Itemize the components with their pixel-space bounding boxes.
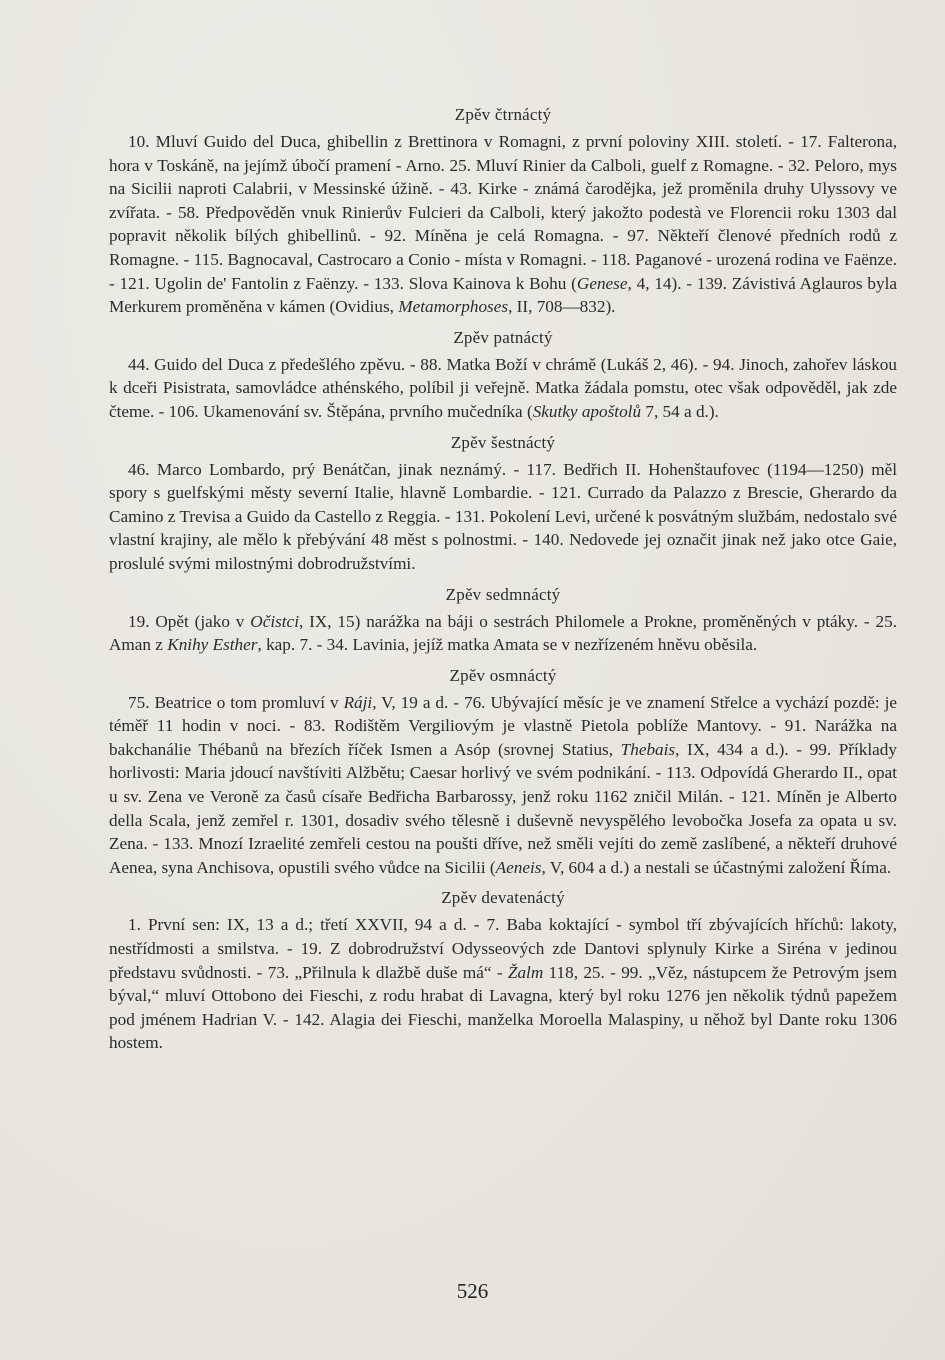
text-run: 75. Beatrice o tom promluví v bbox=[128, 693, 344, 712]
page-content: Zpěv čtrnáctý 10. Mluví Guido del Duca, … bbox=[109, 104, 897, 1063]
section-canto-17: Zpěv sedmnáctý 19. Opět (jako v Očistci,… bbox=[109, 584, 897, 657]
text-run: , IX, 434 a d.). - 99. Příklady horlivos… bbox=[109, 740, 897, 877]
text-run: 44. Guido del Duca z předešlého zpěvu. -… bbox=[109, 355, 897, 421]
text-run: 46. Marco Lombardo, prý Benátčan, jinak … bbox=[109, 460, 897, 573]
section-title: Zpěv devatenáctý bbox=[109, 887, 897, 909]
italic-title: Skutky apoštolů bbox=[533, 402, 641, 421]
section-canto-15: Zpěv patnáctý 44. Guido del Duca z přede… bbox=[109, 327, 897, 424]
commentary-paragraph: 44. Guido del Duca z předešlého zpěvu. -… bbox=[109, 353, 897, 424]
commentary-paragraph: 75. Beatrice o tom promluví v Ráji, V, 1… bbox=[109, 691, 897, 880]
italic-title: Očistci bbox=[250, 612, 299, 631]
italic-title: Knihy Esther bbox=[167, 635, 257, 654]
italic-title: Ráji bbox=[344, 693, 373, 712]
text-run: 19. Opět (jako v bbox=[128, 612, 250, 631]
text-run: 7, 54 a d.). bbox=[641, 402, 719, 421]
italic-title: Genese bbox=[577, 274, 628, 293]
section-canto-16: Zpěv šestnáctý 46. Marco Lombardo, prý B… bbox=[109, 432, 897, 576]
commentary-paragraph: 19. Opět (jako v Očistci, IX, 15) narážk… bbox=[109, 610, 897, 657]
section-title: Zpěv šestnáctý bbox=[109, 432, 897, 454]
page-number: 526 bbox=[0, 1279, 945, 1304]
commentary-paragraph: 10. Mluví Guido del Duca, ghibellin z Br… bbox=[109, 130, 897, 319]
section-title: Zpěv osmnáctý bbox=[109, 665, 897, 687]
section-title: Zpěv patnáctý bbox=[109, 327, 897, 349]
italic-title: Aeneis bbox=[496, 858, 542, 877]
italic-title: Žalm bbox=[508, 963, 543, 982]
italic-title: Thebais bbox=[621, 740, 675, 759]
text-run: , V, 604 a d.) a nestali se účastnými za… bbox=[541, 858, 891, 877]
commentary-paragraph: 46. Marco Lombardo, prý Benátčan, jinak … bbox=[109, 458, 897, 576]
italic-title: Metamorphoses bbox=[398, 297, 508, 316]
section-title: Zpěv čtrnáctý bbox=[109, 104, 897, 126]
section-canto-19: Zpěv devatenáctý 1. První sen: IX, 13 a … bbox=[109, 887, 897, 1055]
text-run: , II, 708—832). bbox=[508, 297, 615, 316]
section-canto-18: Zpěv osmnáctý 75. Beatrice o tom promluv… bbox=[109, 665, 897, 880]
text-run: 10. Mluví Guido del Duca, ghibellin z Br… bbox=[109, 132, 897, 293]
text-run: , kap. 7. - 34. Lavinia, jejíž matka Ama… bbox=[257, 635, 757, 654]
section-title: Zpěv sedmnáctý bbox=[109, 584, 897, 606]
commentary-paragraph: 1. První sen: IX, 13 a d.; třetí XXVII, … bbox=[109, 913, 897, 1055]
section-canto-14: Zpěv čtrnáctý 10. Mluví Guido del Duca, … bbox=[109, 104, 897, 319]
